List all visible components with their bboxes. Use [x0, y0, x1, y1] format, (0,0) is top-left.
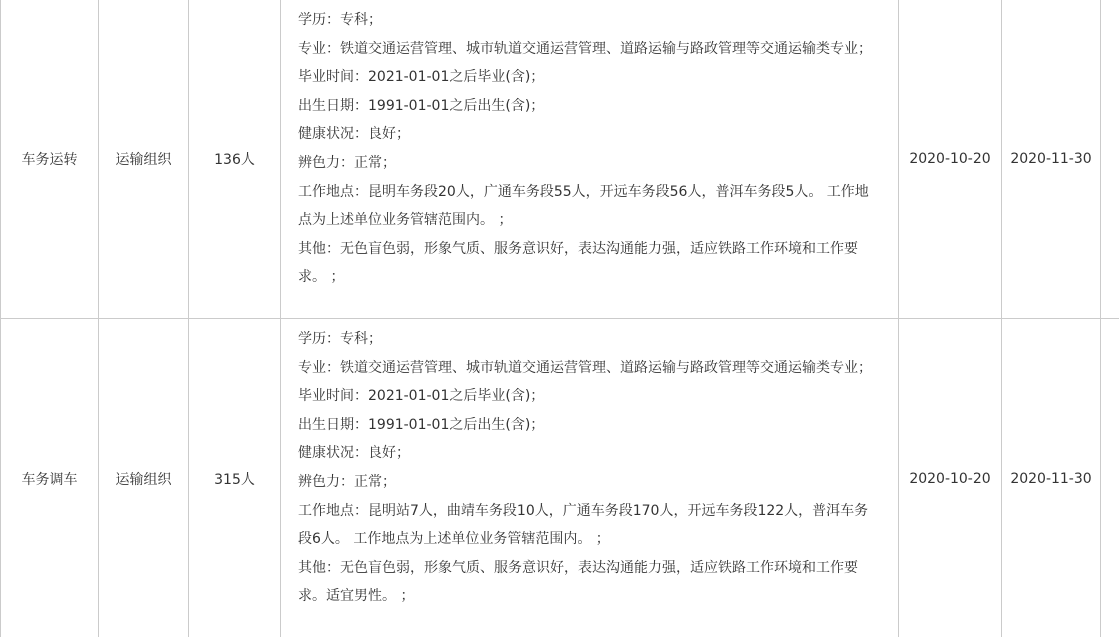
position-cell: 车务调车 [1, 319, 99, 637]
start-date-cell: 2020-10-20 [899, 0, 1002, 319]
requirement-line-other: 其他：无色盲色弱，形象气质、服务意识好，表达沟通能力强，适应铁路工作环境和工作要… [298, 554, 880, 611]
requirement-line-major: 专业：铁道交通运营管理、城市轨道交通运营管理、道路运输与路政管理等交通运输类专业… [298, 35, 880, 64]
table-row: 车务调车 运输组织 315人 学历：专科； 专业：铁道交通运营管理、城市轨道交通… [1, 319, 1119, 637]
requirement-line-health: 健康状况：良好； [298, 439, 880, 468]
requirement-line-other: 其他：无色盲色弱，形象气质、服务意识好，表达沟通能力强，适应铁路工作环境和工作要… [298, 235, 880, 292]
position-cell: 车务运转 [1, 0, 99, 319]
requirement-line-graduation: 毕业时间：2021-01-01之后毕业(含)； [298, 382, 880, 411]
end-date-cell: 2020-11-30 [1002, 0, 1101, 319]
headcount-cell: 136人 [189, 0, 281, 319]
requirement-line-education: 学历：专科； [298, 325, 880, 354]
start-date-cell: 2020-10-20 [899, 319, 1002, 637]
requirement-line-color-vision: 辨色力：正常； [298, 149, 880, 178]
requirement-line-worksite: 工作地点：昆明车务段20人，广通车务段55人，开远车务段56人，普洱车务段5人。… [298, 178, 880, 235]
requirement-line-graduation: 毕业时间：2021-01-01之后毕业(含)； [298, 63, 880, 92]
requirement-line-major: 专业：铁道交通运营管理、城市轨道交通运营管理、道路运输与路政管理等交通运输类专业… [298, 354, 880, 383]
requirement-line-health: 健康状况：良好； [298, 120, 880, 149]
spacer-cell [1101, 319, 1119, 637]
page-viewport: 车务运转 运输组织 136人 学历：专科； 专业：铁道交通运营管理、城市轨道交通… [0, 0, 1119, 637]
requirement-line-color-vision: 辨色力：正常； [298, 468, 880, 497]
requirement-line-birthdate: 出生日期：1991-01-01之后出生(含)； [298, 92, 880, 121]
requirements-cell: 学历：专科； 专业：铁道交通运营管理、城市轨道交通运营管理、道路运输与路政管理等… [281, 319, 899, 637]
requirement-line-worksite: 工作地点：昆明站7人，曲靖车务段10人，广通车务段170人，开远车务段122人，… [298, 497, 880, 554]
table-row: 车务运转 运输组织 136人 学历：专科； 专业：铁道交通运营管理、城市轨道交通… [1, 0, 1119, 319]
requirements-cell: 学历：专科； 专业：铁道交通运营管理、城市轨道交通运营管理、道路运输与路政管理等… [281, 0, 899, 319]
spacer-cell [1101, 0, 1119, 319]
end-date-cell: 2020-11-30 [1002, 319, 1101, 637]
requirement-line-birthdate: 出生日期：1991-01-01之后出生(含)； [298, 411, 880, 440]
requirement-line-education: 学历：专科； [298, 6, 880, 35]
category-cell: 运输组织 [99, 319, 189, 637]
recruitment-table: 车务运转 运输组织 136人 学历：专科； 专业：铁道交通运营管理、城市轨道交通… [0, 0, 1119, 637]
headcount-cell: 315人 [189, 319, 281, 637]
category-cell: 运输组织 [99, 0, 189, 319]
